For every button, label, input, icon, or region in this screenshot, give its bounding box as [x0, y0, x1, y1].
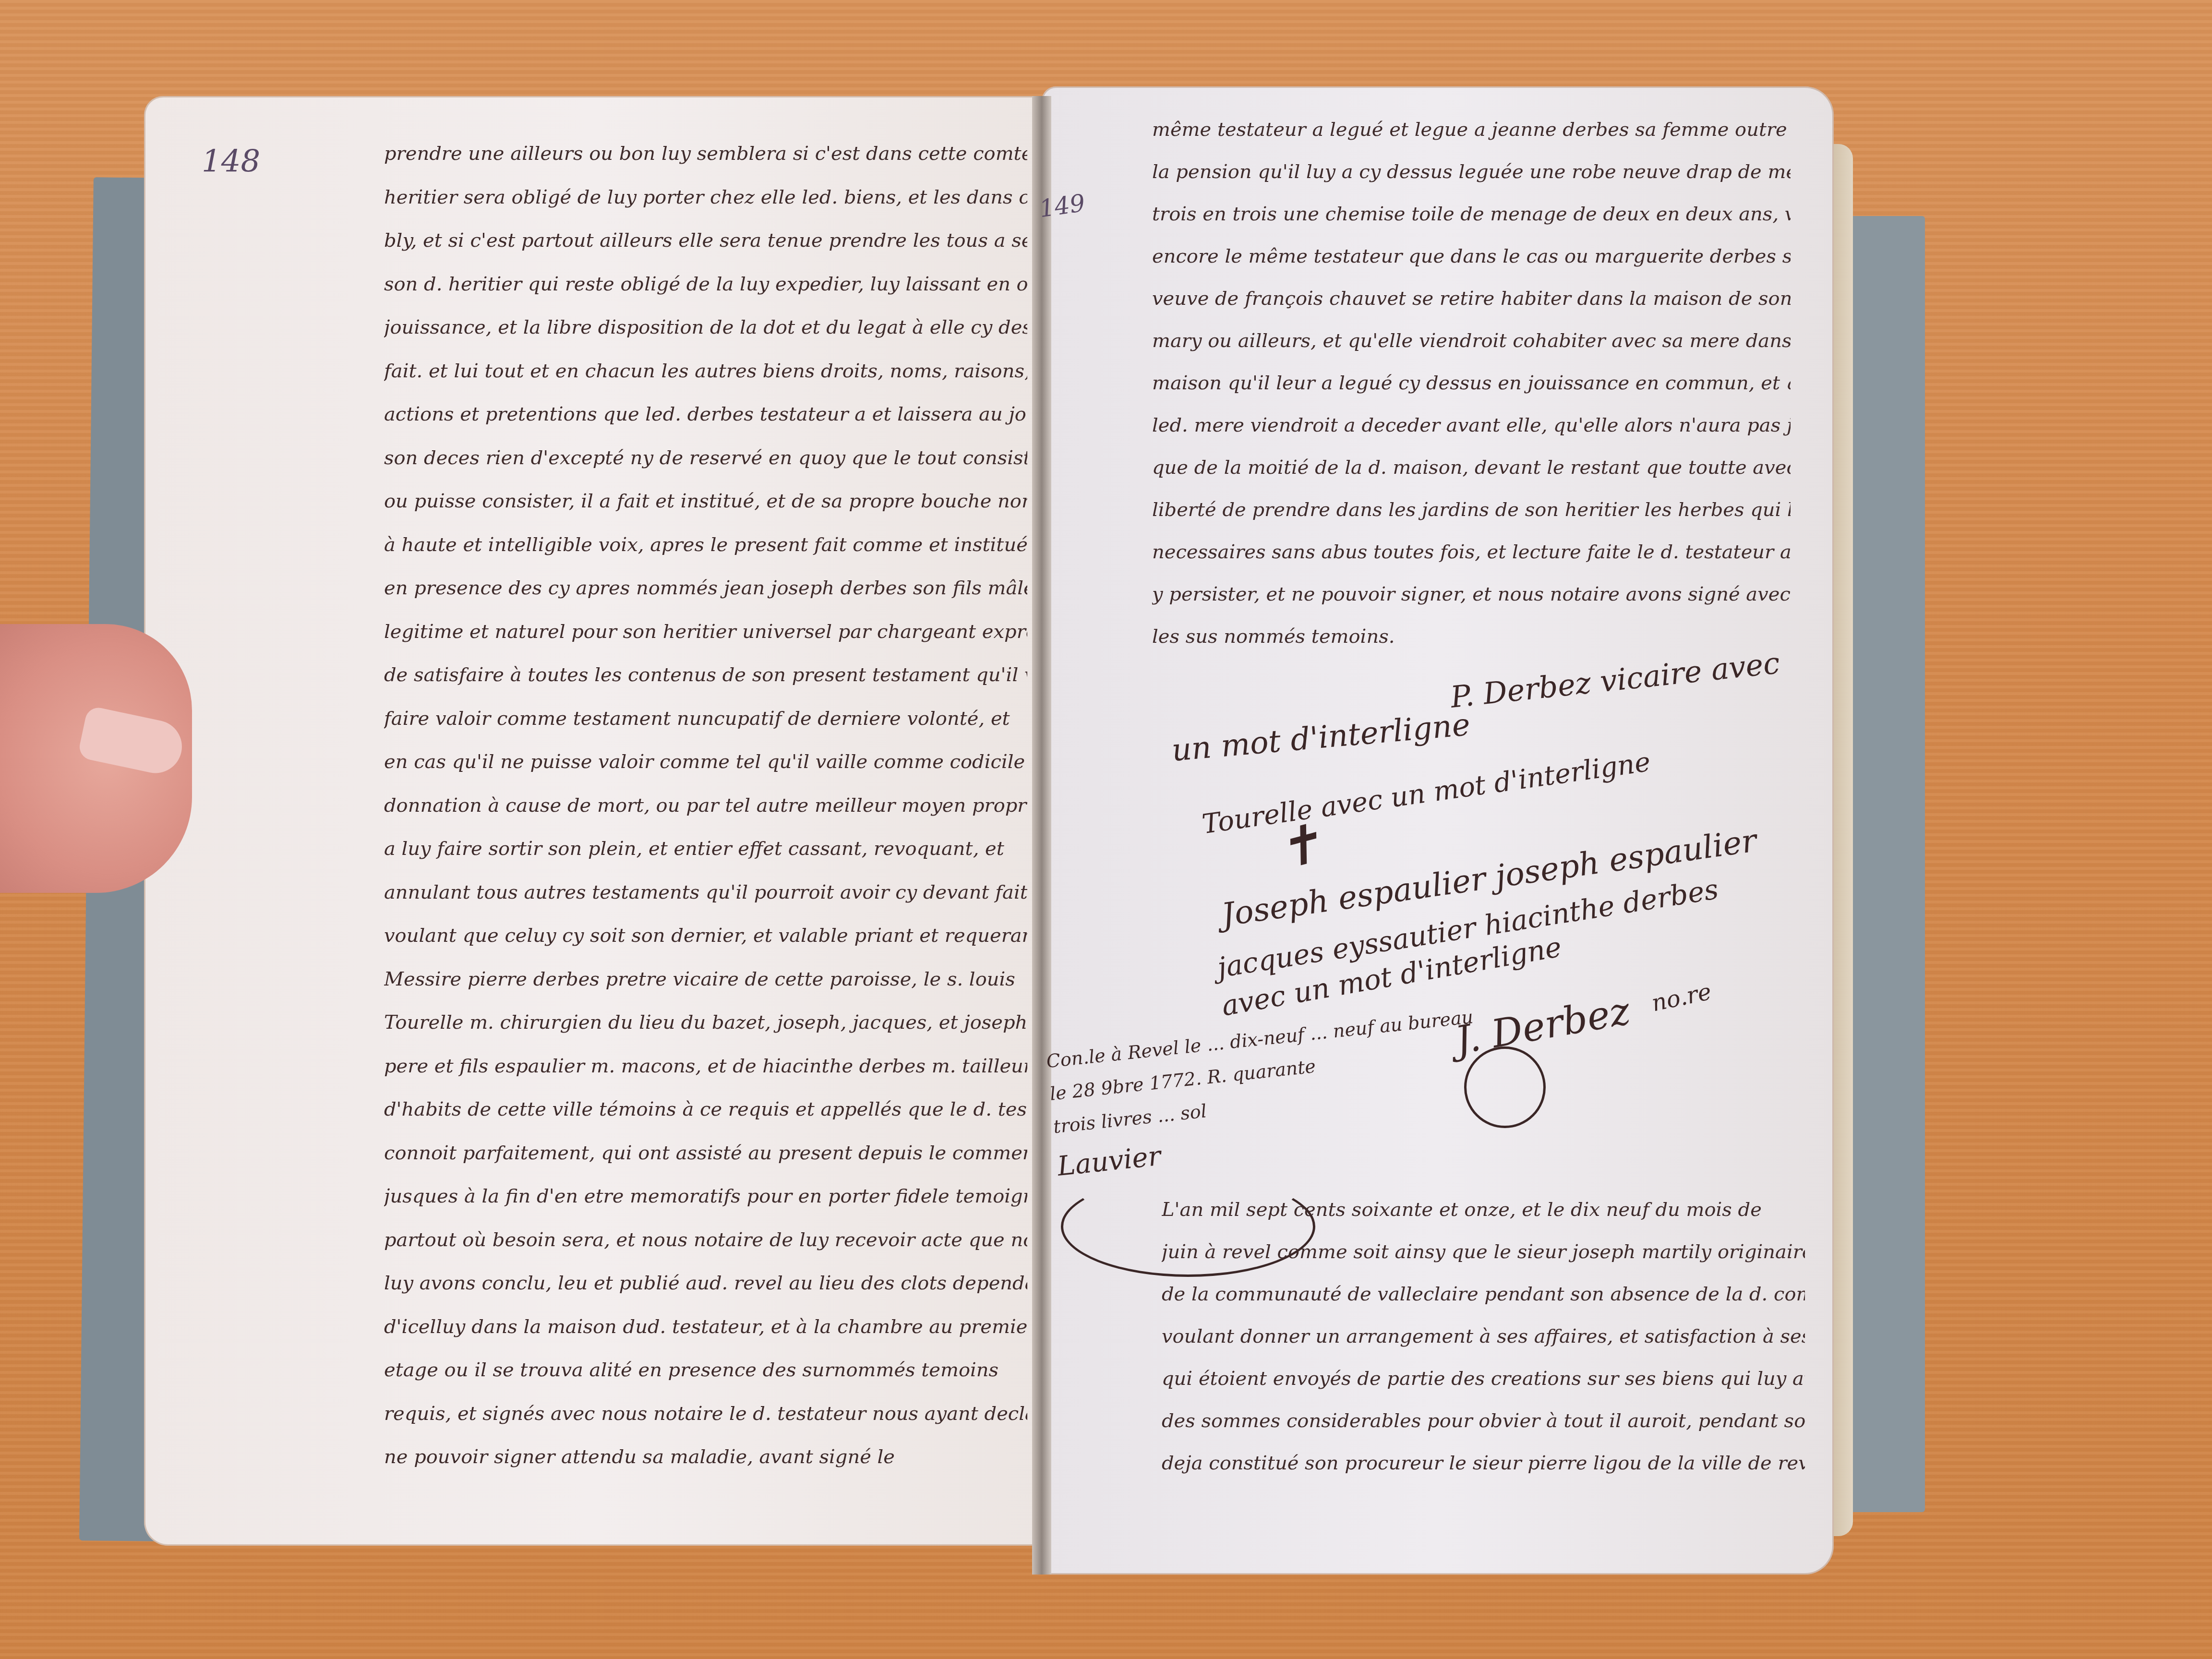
text-line: à haute et intelligible voix, apres le p… [384, 535, 1027, 579]
text-line: son deces rien d'excepté ny de reservé e… [384, 448, 1027, 492]
text-line: annulant tous autres testaments qu'il po… [384, 883, 1027, 926]
text-line: en cas qu'il ne puisse valoir comme tel … [384, 752, 1027, 796]
text-line: juin à revel comme soit ainsy que le sie… [1162, 1242, 1805, 1285]
text-line: partout où besoin sera, et nous notaire … [384, 1230, 1027, 1274]
text-line: qui étoient envoyés de partie des creati… [1162, 1369, 1805, 1411]
text-line: requis, et signés avec nous notaire le d… [384, 1404, 1027, 1448]
text-line: des sommes considerables pour obvier à t… [1162, 1411, 1805, 1454]
text-line: deja constitué son procureur le sieur pi… [1162, 1454, 1805, 1496]
text-line: jouissance, et la libre disposition de l… [384, 318, 1027, 361]
left-page-text: prendre une ailleurs ou bon luy semblera… [384, 144, 1027, 1491]
text-line: actions et pretentions que led. derbes t… [384, 405, 1027, 448]
text-line: L'an mil sept cents soixante et onze, et… [1162, 1200, 1805, 1242]
text-line: ne pouvoir signer attendu sa maladie, av… [384, 1447, 1027, 1491]
text-line: bly, et si c'est partout ailleurs elle s… [384, 231, 1027, 275]
text-line: d'habits de cette ville témoins à ce req… [384, 1100, 1027, 1143]
right-page-text: même testateur a legué et legue a jeanne… [1152, 120, 1791, 669]
text-line: fait. et lui tout et en chacun les autre… [384, 361, 1027, 405]
text-line: heritier sera obligé de luy porter chez … [384, 188, 1027, 231]
text-line: y persister, et ne pouvoir signer, et no… [1152, 585, 1791, 627]
text-line: ou puisse consister, il a fait et instit… [384, 492, 1027, 535]
text-line: pere et fils espaulier m. macons, et de … [384, 1057, 1027, 1100]
text-line: etage ou il se trouva alité en presence … [384, 1360, 1027, 1404]
text-line: voulant que celuy cy soit son dernier, e… [384, 926, 1027, 970]
text-line: Tourelle m. chirurgien du lieu du bazet,… [384, 1013, 1027, 1057]
book-gutter [1032, 96, 1051, 1575]
text-line: led. mere viendroit a deceder avant elle… [1152, 416, 1791, 458]
text-line: legitime et naturel pour son heritier un… [384, 622, 1027, 666]
text-line: veuve de françois chauvet se retire habi… [1152, 289, 1791, 331]
text-line: maison qu'il leur a legué cy dessus en j… [1152, 373, 1791, 416]
text-line: a luy faire sortir son plein, et entier … [384, 839, 1027, 883]
text-line: d'icelluy dans la maison dud. testateur,… [384, 1317, 1027, 1361]
text-line: donnation à cause de mort, ou par tel au… [384, 796, 1027, 840]
text-line: prendre une ailleurs ou bon luy semblera… [384, 144, 1027, 188]
text-line: que de la moitié de la d. maison, devant… [1152, 458, 1791, 500]
text-line: Messire pierre derbes pretre vicaire de … [384, 970, 1027, 1013]
text-line: encore le même testateur que dans le cas… [1152, 247, 1791, 289]
text-line: de la communauté de valleclaire pendant … [1162, 1285, 1805, 1327]
text-line: en presence des cy apres nommés jean jos… [384, 578, 1027, 622]
left-page-number: 148 [202, 144, 260, 180]
text-line: la pension qu'il luy a cy dessus leguée … [1152, 162, 1791, 204]
text-line: jusques à la fin d'en etre memoratifs po… [384, 1187, 1027, 1230]
text-line: mary ou ailleurs, et qu'elle viendroit c… [1152, 331, 1791, 373]
text-line: faire valoir comme testament nuncupatif … [384, 709, 1027, 753]
text-line: connoit parfaitement, qui ont assisté au… [384, 1143, 1027, 1187]
text-line: liberté de prendre dans les jardins de s… [1152, 500, 1791, 542]
text-line: voulant donner un arrangement à ses affa… [1162, 1327, 1805, 1369]
text-line: trois en trois une chemise toile de mena… [1152, 204, 1791, 247]
text-line: luy avons conclu, leu et publié aud. rev… [384, 1274, 1027, 1317]
text-line: même testateur a legué et legue a jeanne… [1152, 120, 1791, 162]
text-line: de satisfaire à toutes les contenus de s… [384, 665, 1027, 709]
new-act-text: L'an mil sept cents soixante et onze, et… [1162, 1200, 1805, 1496]
text-line: son d. heritier qui reste obligé de la l… [384, 275, 1027, 318]
text-line: necessaires sans abus toutes fois, et le… [1152, 542, 1791, 585]
